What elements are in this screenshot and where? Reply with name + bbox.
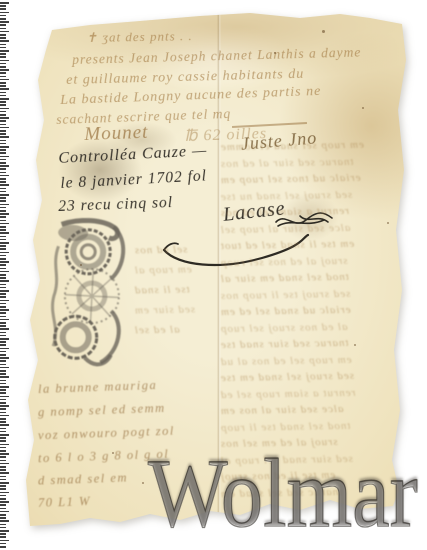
bleedthrough-line: sed sruoj sel snad nu tse (220, 188, 352, 202)
bleedthrough-line: al ed sel (134, 324, 180, 337)
ink-speckle (362, 107, 364, 109)
bleedthrough-line: alce sed siur al nos em (220, 403, 344, 417)
control-note-line-1: Controlléa Cauze — (58, 142, 208, 168)
bleedthrough-line: em tse li snad sel ed tuot (220, 238, 354, 252)
bleedthrough-line: alce sed siur al ruop sel (220, 221, 351, 235)
bottom-faded-line: d smad sel em (38, 470, 128, 488)
ink-speckle (354, 344, 356, 346)
bleedthrough-line: sruoj al ed nos sel ruop (220, 254, 348, 268)
bleedthrough-line: al ed nos sruoj sel ruop (220, 320, 348, 334)
bleedthrough-line: renrut a siam sel ed nos (220, 205, 349, 219)
ink-speckle (274, 52, 276, 54)
ink-speckle (142, 482, 144, 484)
bleedthrough-line: tnod sel snad tse li ruop (220, 419, 351, 433)
ink-speckle (80, 264, 82, 266)
bottom-faded-line: la brunne mauriga (38, 378, 158, 397)
ink-speckle (112, 452, 114, 454)
wolmar-watermark: Wolmar (148, 445, 418, 542)
bleedthrough-line: tnaruc sed siur snad tse (220, 337, 349, 351)
bleedthrough-line: renrut a siam ruop sel ed (220, 386, 356, 400)
fiscal-ink-stamp-icon (44, 216, 138, 372)
ink-speckle (387, 222, 389, 224)
ink-speckle (322, 30, 325, 33)
bottom-faded-line: g nomp sel ed semm (38, 401, 166, 420)
bleedthrough-line: sed sruoj tse li ruop nos (220, 287, 351, 301)
bleedthrough-line: em ruop al (134, 263, 192, 276)
control-note-line-3: 23 recu cinq sol (58, 194, 173, 216)
faded-line-1: ✝ ʒat des pnts . . (86, 28, 193, 46)
name-line: Mounet (84, 122, 149, 146)
bleedthrough-line: sed sruoj sel snad em tse (220, 370, 354, 384)
bleedthrough-line: tnod sel snad em siur al (220, 271, 349, 285)
bleedthrough-line: erialc ud tnos sel ruop em (220, 172, 361, 186)
photo-canvas: ✝ ʒat des pnts . . presents Jean Joseph … (0, 0, 427, 550)
bleedthrough-line: sed siur em (134, 303, 195, 316)
bleedthrough-line: tse li snad (134, 284, 190, 297)
bleedthrough-line: erialc ud snad sel ed em (220, 304, 351, 318)
control-note-line-2: le 8 janvier 1702 fol (60, 167, 207, 193)
bottom-faded-line: 70 L1 W (38, 494, 91, 511)
bleedthrough-line: sel ed nos (134, 244, 188, 257)
bleedthrough-line: em ruop sel ed nos al ud (220, 353, 352, 367)
bleedthrough-line: tnaruc sed siur al ed nos (220, 155, 354, 169)
bleedthrough-line: em ruop sel snad et somme (220, 139, 364, 154)
